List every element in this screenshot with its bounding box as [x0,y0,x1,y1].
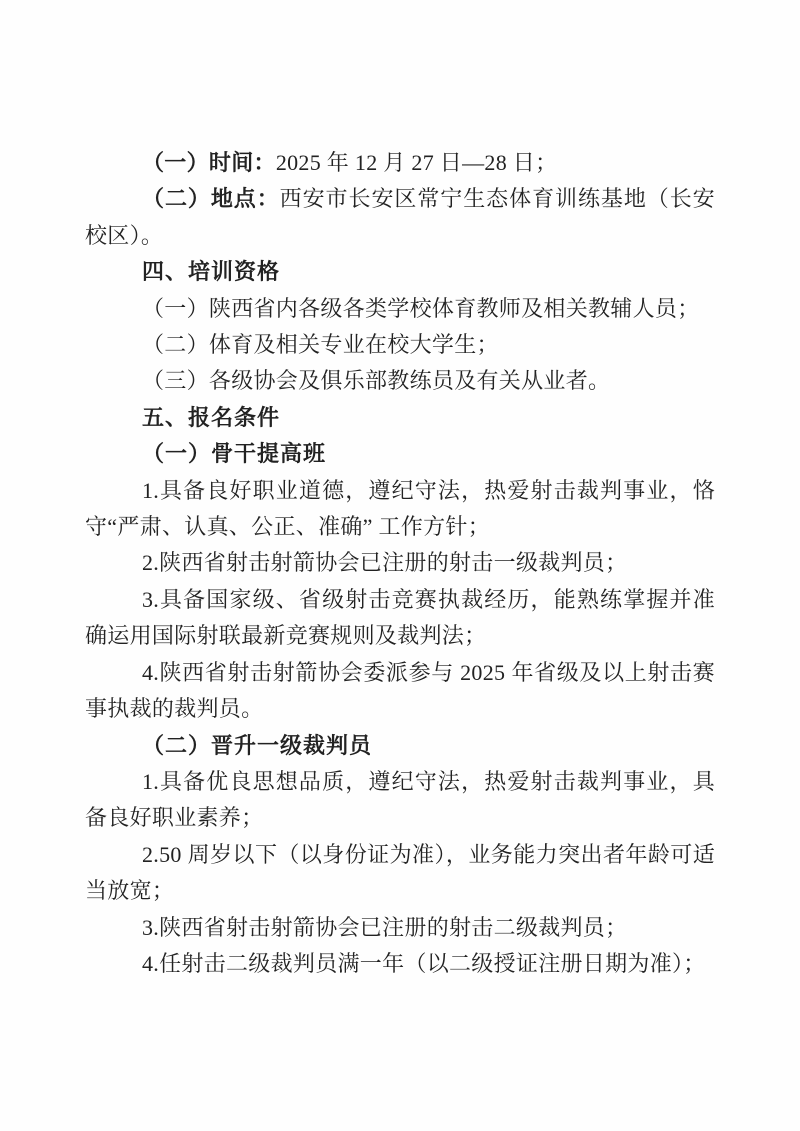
heading-text: 五、报名条件 [142,405,280,430]
promotion-condition-2: 2.50 周岁以下（以身份证为准），业务能力突出者年龄可适当放宽； [85,837,715,910]
item-text: （三）各级协会及俱乐部教练员及有关从业者。 [142,368,610,393]
qualification-item-1: （一）陕西省内各级各类学校体育教师及相关教辅人员； [85,291,715,327]
backbone-condition-2: 2.陕西省射击射箭协会已注册的射击一级裁判员； [85,545,715,581]
item-text: 1.具备良好职业道德，遵纪守法，热爱射击裁判事业，恪守“严肃、认真、公正、准确”… [85,478,715,539]
time-value: 2025 年 12 月 27 日—28 日； [276,150,558,175]
time-line: （一）时间：2025 年 12 月 27 日—28 日； [85,145,715,181]
backbone-condition-3: 3.具备国家级、省级射击竞赛执裁经历，能熟练掌握并准确运用国际射联最新竞赛规则及… [85,582,715,655]
qualification-item-2: （二）体育及相关专业在校大学生； [85,327,715,363]
item-text: 3.具备国家级、省级射击竞赛执裁经历，能熟练掌握并准确运用国际射联最新竞赛规则及… [85,587,715,648]
heading-training-qualification: 四、培训资格 [85,254,715,290]
document-page: （一）时间：2025 年 12 月 27 日—28 日； （二）地点：西安市长安… [0,0,800,1131]
promotion-condition-4: 4.任射击二级裁判员满一年（以二级授证注册日期为准）； [85,946,715,982]
item-text: 4.任射击二级裁判员满一年（以二级授证注册日期为准）； [142,951,706,976]
item-text: 2.陕西省射击射箭协会已注册的射击一级裁判员； [142,550,627,575]
backbone-condition-1: 1.具备良好职业道德，遵纪守法，热爱射击裁判事业，恪守“严肃、认真、公正、准确”… [85,473,715,546]
location-label: （二）地点： [142,186,280,211]
heading-registration-conditions: 五、报名条件 [85,400,715,436]
promotion-condition-1: 1.具备优良思想品质，遵纪守法，热爱射击裁判事业，具备良好职业素养； [85,764,715,837]
qualification-item-3: （三）各级协会及俱乐部教练员及有关从业者。 [85,363,715,399]
item-text: （二）体育及相关专业在校大学生； [142,332,499,357]
subheading-promotion-first-grade: （二）晋升一级裁判员 [85,728,715,764]
subheading-backbone-class: （一）骨干提高班 [85,436,715,472]
item-text: 1.具备优良思想品质，遵纪守法，热爱射击裁判事业，具备良好职业素养； [85,769,715,830]
item-text: 2.50 周岁以下（以身份证为准），业务能力突出者年龄可适当放宽； [85,842,715,903]
item-text: 4.陕西省射击射箭协会委派参与 2025 年省级及以上射击赛事执裁的裁判员。 [85,660,715,721]
backbone-condition-4: 4.陕西省射击射箭协会委派参与 2025 年省级及以上射击赛事执裁的裁判员。 [85,655,715,728]
heading-text: 四、培训资格 [142,259,280,284]
time-label: （一）时间： [142,150,276,175]
promotion-condition-3: 3.陕西省射击射箭协会已注册的射击二级裁判员； [85,910,715,946]
subheading-text: （一）骨干提高班 [142,441,326,466]
location-line: （二）地点：西安市长安区常宁生态体育训练基地（长安校区）。 [85,181,715,254]
document-body: （一）时间：2025 年 12 月 27 日—28 日； （二）地点：西安市长安… [85,145,715,982]
subheading-text: （二）晋升一级裁判员 [142,733,372,758]
item-text: 3.陕西省射击射箭协会已注册的射击二级裁判员； [142,915,627,940]
item-text: （一）陕西省内各级各类学校体育教师及相关教辅人员； [142,296,700,321]
